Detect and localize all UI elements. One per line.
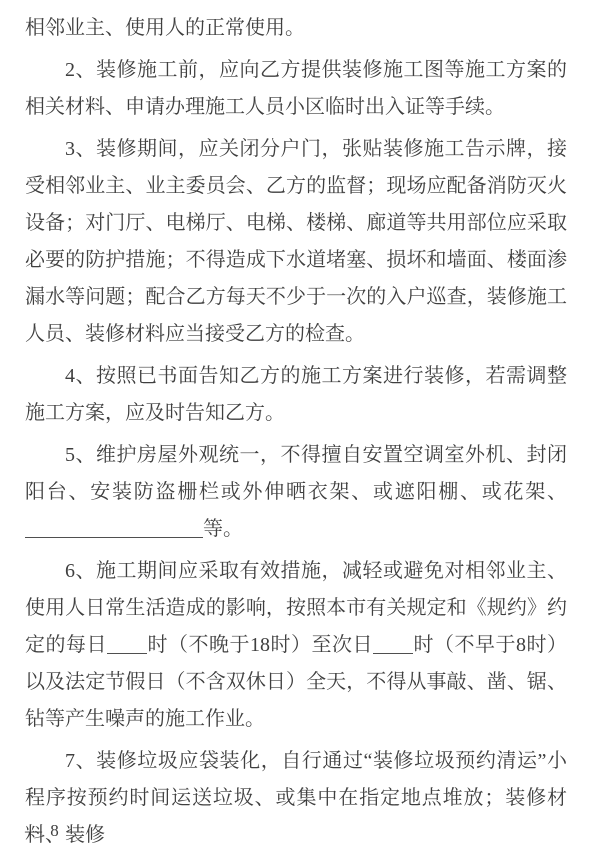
clause-5-text: 5、维护房屋外观统一，不得擅自安置空调室外机、封闭阳台、安装防盗栅栏或外伸晒衣架… <box>25 444 567 503</box>
clause-6: 6、施工期间应采取有效措施，减轻或避免对相邻业主、使用人日常生活造成的影响，按照… <box>25 553 567 738</box>
clause-5-tail: 等。 <box>203 518 243 540</box>
document-body: 相邻业主、使用人的正常使用。 2、装修施工前，应向乙方提供装修施工图等施工方案的… <box>0 0 591 851</box>
clause-2: 2、装修施工前，应向乙方提供装修施工图等施工方案的相关材料、申请办理施工人员小区… <box>25 52 567 126</box>
clause-4: 4、按照已书面告知乙方的施工方案进行装修，若需调整施工方案，应及时告知乙方。 <box>25 358 567 432</box>
clause-6-text-2: 时（不晚于18时）至次日 <box>147 634 373 656</box>
paragraph-continuation: 相邻业主、使用人的正常使用。 <box>25 10 567 47</box>
clause-7: 7、装修垃圾应袋装化，自行通过“装修垃圾预约清运”小程序按预约时间运送垃圾、或集… <box>25 743 567 851</box>
clause-3: 3、装修期间，应关闭分户门，张贴装修施工告示牌，接受相邻业主、业主委员会、乙方的… <box>25 131 567 353</box>
clause-5: 5、维护房屋外观统一，不得擅自安置空调室外机、封闭阳台、安装防盗栅栏或外伸晒衣架… <box>25 437 567 548</box>
blank-line-2 <box>95 517 203 538</box>
blank-end-time <box>373 633 413 654</box>
page-number: — 8 — <box>25 821 86 841</box>
document-page: 相邻业主、使用人的正常使用。 2、装修施工前，应向乙方提供装修施工图等施工方案的… <box>0 0 591 851</box>
blank-start-time <box>107 633 147 654</box>
blank-line-1 <box>25 517 95 538</box>
